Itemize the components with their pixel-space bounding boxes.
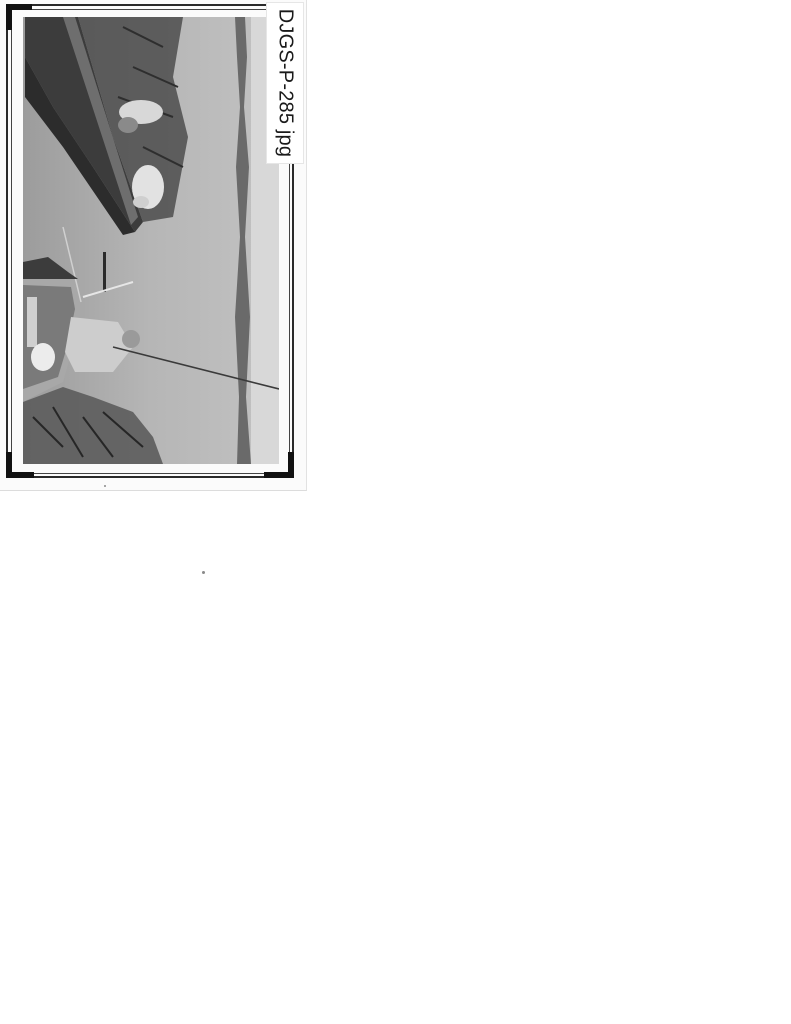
- corner-bracket-bottom-left: [6, 452, 12, 478]
- filename-label: DJGS-P-285 jpg: [266, 2, 304, 164]
- hat-in-boat: [31, 343, 55, 371]
- mooring-pole: [103, 252, 106, 292]
- scan-speck: [202, 571, 205, 574]
- corner-bracket-top-left: [6, 4, 12, 30]
- photo-card: DJGS-P-285 jpg: [0, 0, 307, 491]
- scan-speck: [104, 485, 106, 487]
- lake-fishing-photograph: [23, 17, 279, 464]
- filename-text: DJGS-P-285 jpg: [274, 9, 297, 157]
- fisherman-head: [122, 330, 140, 348]
- corner-bracket-bottom-right: [288, 452, 294, 478]
